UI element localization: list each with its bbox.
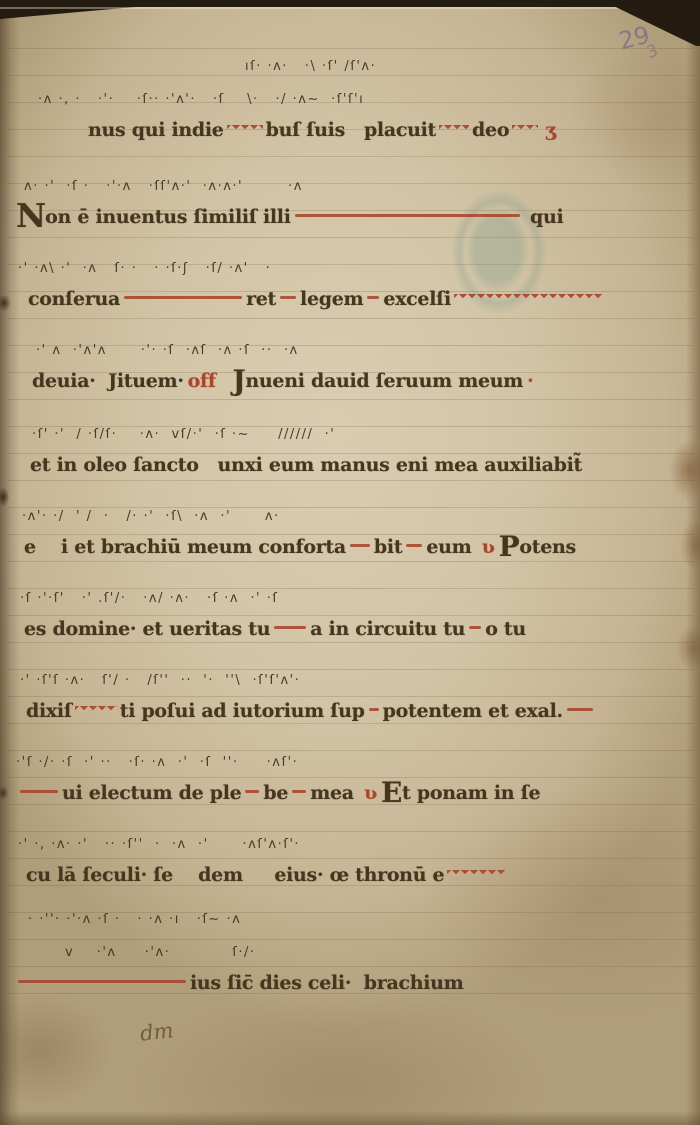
- latin-text: deuia· Jituem·: [32, 370, 184, 392]
- page-left-edge: [0, 0, 20, 1125]
- chant-text-line: ius ſic̄ dies celi· brachium: [10, 969, 692, 999]
- manuscript-page: ıſ· ·ʌ· ·\ ·ſ' /ſ'ʌ··ʌ ·, · ·'· ·ſ·· ·'ʌ…: [0, 0, 700, 1125]
- chant-system: ·ſ ·'·ſ' ·' .ſ'/· ·ʌ/ ·ʌ· ·ſ ·ʌ ·' ·ſes …: [10, 582, 692, 645]
- latin-text: deo: [472, 119, 509, 141]
- initial-letter: E: [381, 776, 402, 809]
- chant-text-line: Non ē inuentus ſimiliſ illi qui: [10, 203, 692, 233]
- neume-row: ʌ· ·' ·ſ · ·'·ʌ ·ſſ'ʌ·' ·ʌ·ʌ·' ·ʌ: [10, 170, 692, 203]
- chant-system: ·' ·, ·ʌ· ·' ·· ·ſ'' · ·ʌ ·' ·ʌſ'ʌ·ſ'·cu…: [10, 828, 692, 891]
- chant-system: ·ſ' ·' / ·ſ/ſ· ·ʌ· vſ/·' ·ſ ·~ ////// ·'…: [10, 418, 692, 481]
- latin-text: ret: [246, 288, 276, 310]
- red-zigzag-filler: [454, 294, 602, 302]
- chant-text-line: es domine· et ueritas tua in circuitu tu…: [10, 615, 692, 645]
- chant-system: · ·''· ·'·ʌ ·ſ · · ·ʌ ·ı ·ſ~ ·ʌv ·'ʌ ·'ʌ…: [10, 903, 692, 999]
- margin-note: dm: [139, 1018, 175, 1045]
- latin-text: a in circuitu tu: [310, 618, 465, 640]
- latin-text: excelſi: [383, 288, 451, 310]
- initial-letter: J: [232, 364, 245, 397]
- initial-letter: P: [499, 530, 520, 563]
- latin-text: ius ſic̄ dies celi· brachium: [190, 972, 463, 994]
- neume-row: ·' ·, ·ʌ· ·' ·· ·ſ'' · ·ʌ ·' ·ʌſ'ʌ·ſ'·: [10, 828, 692, 861]
- latin-text: t ponam in ſe: [402, 782, 540, 804]
- latin-text: conſerua: [28, 288, 120, 310]
- chant-text-line: nus qui indiebuſ ſuis placuitdeoʒ: [10, 116, 692, 146]
- red-zigzag-filler: [447, 870, 505, 878]
- red-zigzag-filler: [512, 125, 538, 133]
- rubric: ·: [523, 370, 537, 392]
- latin-text: placuit: [345, 119, 436, 141]
- neume-row: · ·''· ·'·ʌ ·ſ · · ·ʌ ·ı ·ſ~ ·ʌ: [10, 903, 692, 936]
- latin-text: [220, 370, 233, 392]
- chant-text-line: dixiſti poſui ad iutorium ſuppotentem et…: [10, 697, 692, 727]
- red-line-filler: [469, 626, 481, 629]
- latin-text: legem: [300, 288, 363, 310]
- red-line-filler: [20, 790, 58, 793]
- red-line-filler: [280, 296, 296, 299]
- chant-text-line: conſeruaretlegemexcelſi: [10, 285, 692, 315]
- red-line-filler: [567, 708, 593, 711]
- latin-text: nus qui indie: [88, 119, 224, 141]
- rubric: off: [184, 370, 220, 392]
- neume-row: ·ſ' ·' / ·ſ/ſ· ·ʌ· vſ/·' ·ſ ·~ ////// ·': [10, 418, 692, 451]
- red-line-filler: [292, 790, 306, 793]
- rubric: ʋ: [360, 782, 381, 804]
- red-line-filler: [245, 790, 259, 793]
- red-line-filler: [367, 296, 379, 299]
- rubric: ʒ: [541, 119, 560, 141]
- page-right-edge: [686, 0, 700, 1125]
- neume-row: ·'ſ ·/· ·ſ ·' ·· ·ſ· ·ʌ ·' ·ſ ''· ·ʌſ'·: [10, 746, 692, 779]
- latin-text: cu lā ſeculi· ſe dem eius· œ thronū e: [26, 864, 444, 886]
- chant-text-line: e i et brachiū meum confortabiteum ʋPote…: [10, 533, 692, 563]
- latin-text: es domine· et ueritas tu: [24, 618, 270, 640]
- latin-text: buſ ſuis: [266, 119, 345, 141]
- chant-system: ·' ·ʌ\ ·' ·ʌ ſ· · · ·ſ·ʃ ·ſ/ ·ʌ' ·conſer…: [10, 252, 692, 315]
- latin-text: ui electum de ple: [62, 782, 241, 804]
- red-line-filler: [369, 708, 379, 711]
- neume-row: ·ſ ·'·ſ' ·' .ſ'/· ·ʌ/ ·ʌ· ·ſ ·ʌ ·' ·ſ: [10, 582, 692, 615]
- latin-text: et in oleo ſancto unxi eum manus eni mea…: [30, 454, 582, 476]
- rubric: ʋ: [478, 536, 499, 558]
- latin-text: o tu: [485, 618, 526, 640]
- neume-row: ·ʌ'· ·/ ' / · /· ·' ·ſ\ ·ʌ ·' ʌ·: [10, 500, 692, 533]
- neume-row: ·' ·ʌ\ ·' ·ʌ ſ· · · ·ſ·ʃ ·ſ/ ·ʌ' ·: [10, 252, 692, 285]
- latin-text: nueni dauid ſeruum meum: [245, 370, 523, 392]
- latin-text: eum: [426, 536, 477, 558]
- red-zigzag-filler: [75, 706, 117, 714]
- red-line-filler: [406, 544, 422, 547]
- neume-row: v ·'ʌ ·'ʌ· ſ·/·: [10, 936, 692, 969]
- manuscript-systems: ıſ· ·ʌ· ·\ ·ſ' /ſ'ʌ··ʌ ·, · ·'· ·ſ·· ·'ʌ…: [0, 0, 700, 1125]
- red-line-filler: [274, 626, 306, 629]
- chant-text-line: ui electum de plebemea ʋEt ponam in ſe: [10, 779, 692, 809]
- neume-row: ·' ʌ ·'ʌ'ʌ ·'· ·ſ ·ʌſ ·ʌ ·ſ ·· ·ʌ: [10, 334, 692, 367]
- latin-text: on ē inuentus ſimiliſ illi: [45, 206, 290, 228]
- red-line-filler: [124, 296, 242, 299]
- latin-text: ti poſui ad iutorium ſup: [120, 700, 365, 722]
- latin-text: otens: [519, 536, 576, 558]
- chant-system: ʌ· ·' ·ſ · ·'·ʌ ·ſſ'ʌ·' ·ʌ·ʌ·' ·ʌNon ē i…: [10, 170, 692, 233]
- latin-text: bit: [374, 536, 402, 558]
- chant-text-line: cu lā ſeculi· ſe dem eius· œ thronū e: [10, 861, 692, 891]
- red-line-filler: [18, 980, 186, 983]
- latin-text: qui: [524, 206, 564, 228]
- latin-text: potentem et exal.: [383, 700, 563, 722]
- neume-row: ıſ· ·ʌ· ·\ ·ſ' /ſ'ʌ·: [10, 50, 692, 83]
- chant-system: ·' ·ſ'ſ ·ʌ· ſ'/ · /ſ'' ·· '· ''\ ·ſ'ſ'ʌ'…: [10, 664, 692, 727]
- page-top-edge: [0, 0, 700, 7]
- red-line-filler: [295, 214, 520, 217]
- latin-text: mea: [310, 782, 360, 804]
- red-zigzag-filler: [227, 125, 263, 133]
- latin-text: dixiſ: [26, 700, 72, 722]
- chant-text-line: et in oleo ſancto unxi eum manus eni mea…: [10, 451, 692, 481]
- latin-text: be: [263, 782, 288, 804]
- neume-row: ·' ·ſ'ſ ·ʌ· ſ'/ · /ſ'' ·· '· ''\ ·ſ'ſ'ʌ'…: [10, 664, 692, 697]
- chant-system: ·ʌ'· ·/ ' / · /· ·' ·ſ\ ·ʌ ·' ʌ·e i et b…: [10, 500, 692, 563]
- chant-text-line: deuia· Jituem·off Jnueni dauid ſeruum me…: [10, 367, 692, 397]
- neume-row: ·ʌ ·, · ·'· ·ſ·· ·'ʌ'· ·ſ \· ·/ ·ʌ~ ·ſ'ſ…: [10, 83, 692, 116]
- red-line-filler: [350, 544, 370, 547]
- latin-text: e i et brachiū meum conforta: [24, 536, 346, 558]
- chant-system: ıſ· ·ʌ· ·\ ·ſ' /ſ'ʌ··ʌ ·, · ·'· ·ſ·· ·'ʌ…: [10, 50, 692, 146]
- red-zigzag-filler: [439, 125, 469, 133]
- chant-system: ·' ʌ ·'ʌ'ʌ ·'· ·ſ ·ʌſ ·ʌ ·ſ ·· ·ʌdeuia· …: [10, 334, 692, 397]
- chant-system: ·'ſ ·/· ·ſ ·' ·· ·ſ· ·ʌ ·' ·ſ ''· ·ʌſ'·u…: [10, 746, 692, 809]
- page-bottom-edge: [0, 1111, 700, 1125]
